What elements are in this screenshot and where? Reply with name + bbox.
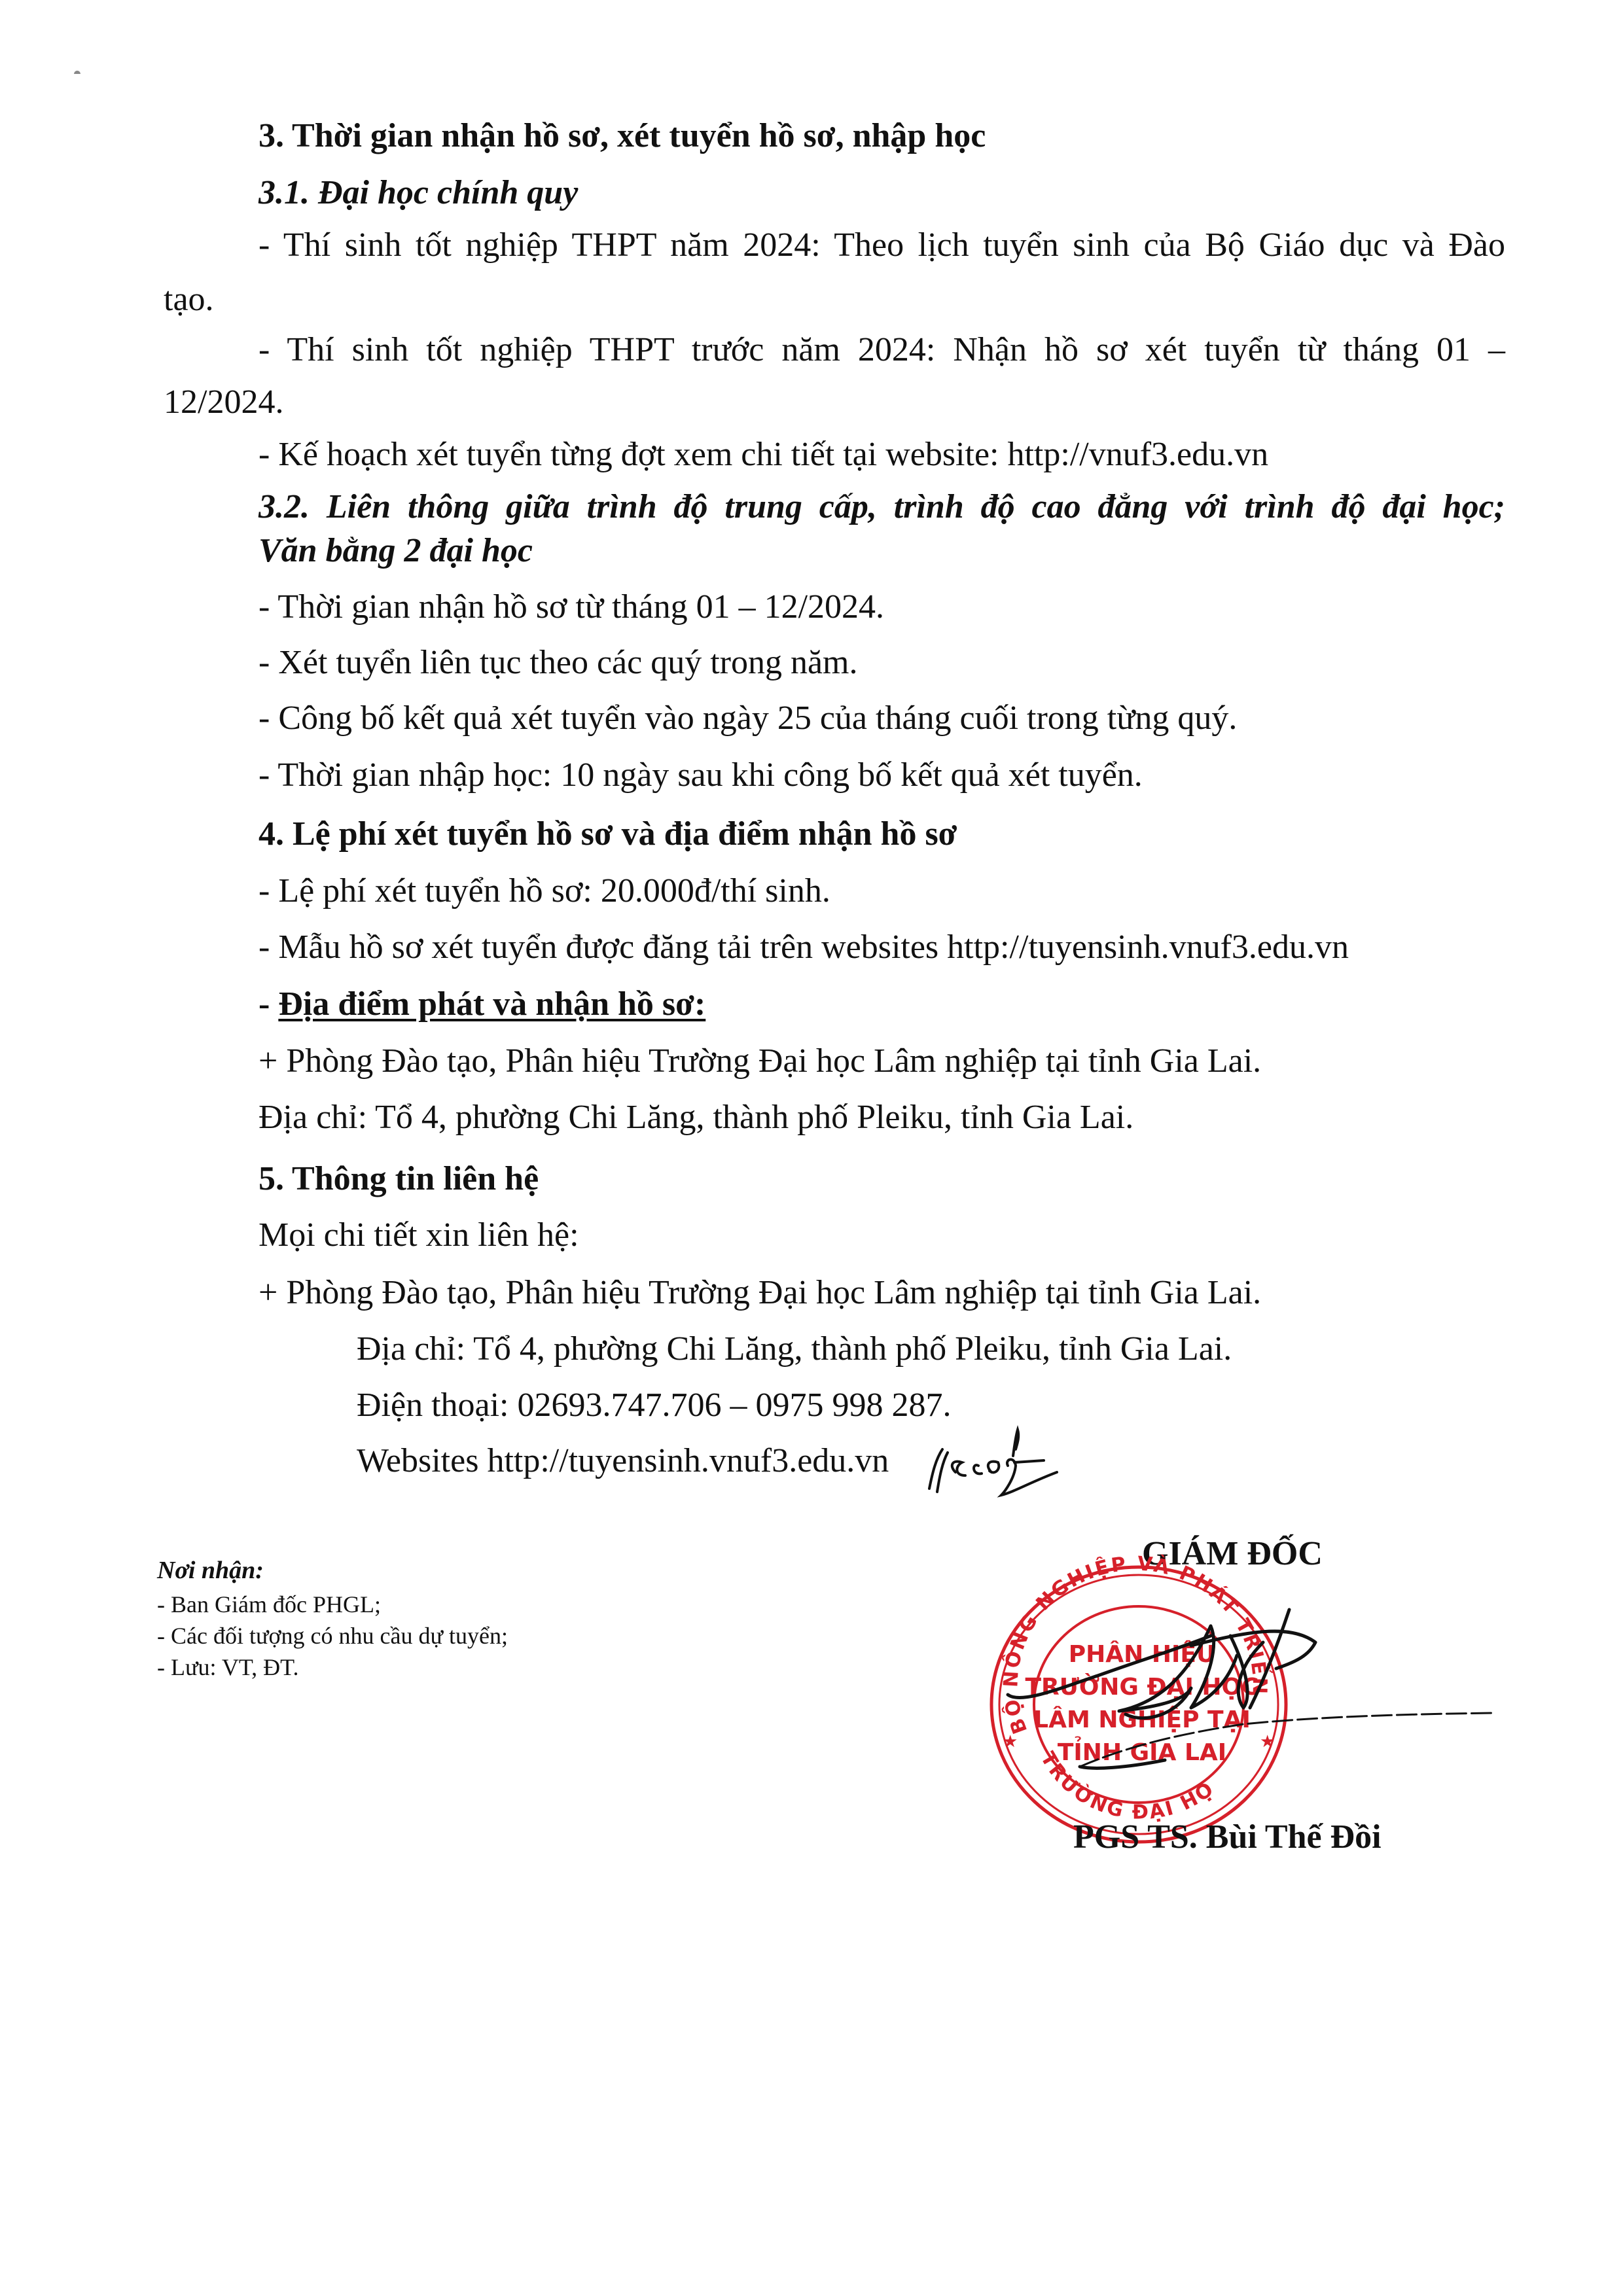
office-text: + Phòng Đào tạo, Phân hiệu Trường Đại họ… — [259, 1042, 1261, 1081]
location-label: - Địa điểm phát và nhận hồ sơ: — [259, 985, 705, 1024]
location-label-text: Địa điểm phát và nhận hồ sơ: — [278, 985, 705, 1023]
paragraph-3-1-item-1: - Thí sinh tốt nghiệp THPT năm 2024: The… — [259, 226, 1505, 265]
form-text: - Mẫu hồ sơ xét tuyển được đăng tải trên… — [259, 928, 1349, 967]
paragraph-3-2-item-1: - Thời gian nhận hồ sơ từ tháng 01 – 12/… — [259, 588, 884, 627]
initials-signature-icon — [916, 1420, 1099, 1505]
section-4-heading: 4. Lệ phí xét tuyển hồ sơ và địa điểm nh… — [259, 815, 957, 854]
paragraph-3-2-item-4: - Thời gian nhập học: 10 ngày sau khi cô… — [259, 756, 1143, 795]
address-text: Địa chỉ: Tổ 4, phường Chi Lăng, thành ph… — [259, 1098, 1133, 1137]
scan-speck — [74, 71, 80, 74]
section-3-1-heading: 3.1. Đại học chính quy — [259, 173, 578, 213]
section-5-heading: 5. Thông tin liên hệ — [259, 1159, 539, 1199]
paragraph-3-1-item-3: - Kế hoạch xét tuyển từng đợt xem chi ti… — [259, 435, 1268, 474]
document-page: 3. Thời gian nhận hồ sơ, xét tuyển hồ sơ… — [0, 0, 1623, 2296]
director-signature-icon — [995, 1597, 1505, 1806]
paragraph-3-2-item-2: - Xét tuyển liên tục theo các quý trong … — [259, 643, 857, 682]
section-3-2-heading-line-1: 3.2. Liên thông giữa trình độ trung cấp,… — [259, 487, 1505, 527]
contact-phone: Điện thoại: 02693.747.706 – 0975 998 287… — [357, 1386, 952, 1425]
recipient-item-2: - Các đối tượng có nhu cầu dự tuyển; — [157, 1621, 508, 1650]
recipient-item-3: - Lưu: VT, ĐT. — [157, 1653, 298, 1682]
section-3-heading: 3. Thời gian nhận hồ sơ, xét tuyển hồ sơ… — [259, 116, 986, 156]
location-dash: - — [259, 985, 278, 1023]
paragraph-3-1-item-2: - Thí sinh tốt nghiệp THPT trước năm 202… — [259, 330, 1505, 370]
recipient-item-1: - Ban Giám đốc PHGL; — [157, 1590, 381, 1619]
contact-intro: Mọi chi tiết xin liên hệ: — [259, 1216, 579, 1255]
signatory-name: PGS TS. Bùi Thế Đồi — [1073, 1818, 1382, 1857]
paragraph-3-2-item-3: - Công bố kết quả xét tuyển vào ngày 25 … — [259, 699, 1237, 738]
contact-address: Địa chỉ: Tổ 4, phường Chi Lăng, thành ph… — [357, 1330, 1232, 1369]
paragraph-3-1-item-2-cont: 12/2024. — [164, 383, 283, 422]
contact-office: + Phòng Đào tạo, Phân hiệu Trường Đại họ… — [259, 1273, 1261, 1313]
section-3-2-heading-line-2: Văn bằng 2 đại học — [259, 531, 533, 571]
paragraph-3-1-item-1-cont: tạo. — [164, 280, 214, 319]
fee-text: - Lệ phí xét tuyển hồ sơ: 20.000đ/thí si… — [259, 872, 830, 911]
contact-website: Websites http://tuyensinh.vnuf3.edu.vn — [357, 1441, 889, 1481]
recipients-title: Nơi nhận: — [157, 1556, 264, 1585]
